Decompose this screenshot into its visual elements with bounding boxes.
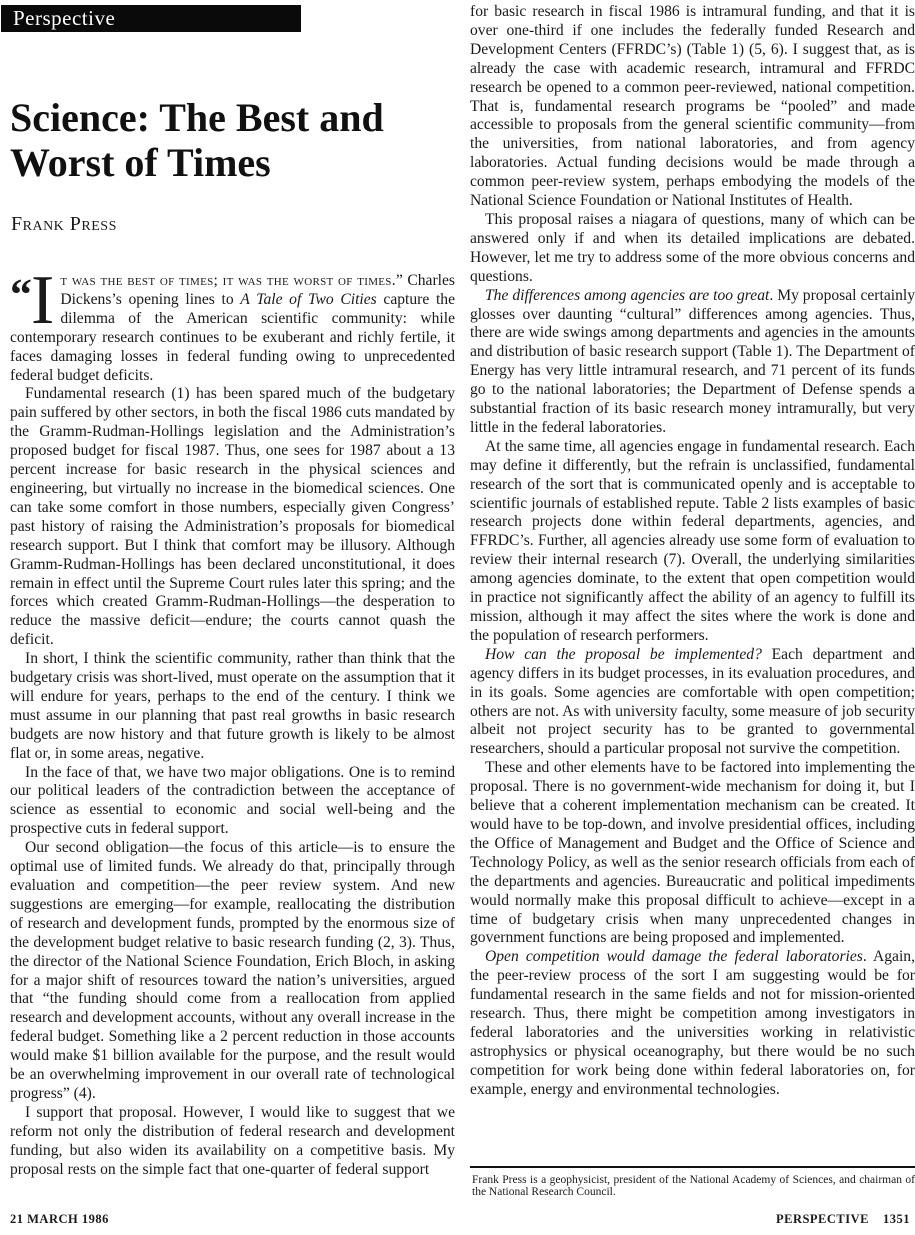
paragraph-text: . My proposal certainly glosses over dau… <box>470 287 915 436</box>
runin-heading: The differences among agencies are too g… <box>485 287 769 304</box>
paragraph: This proposal raises a niagara of questi… <box>470 211 915 287</box>
paragraph: The differences among agencies are too g… <box>470 287 915 438</box>
paragraph-text: At the same time, all agencies engage in… <box>470 438 915 644</box>
paragraph: In short, I think the scientific communi… <box>10 650 455 763</box>
paragraph: How can the proposal be implemented? Eac… <box>470 646 915 759</box>
runin-heading: Open competition would damage the federa… <box>485 948 863 965</box>
paragraph-text: This proposal raises a niagara of questi… <box>470 211 915 285</box>
footer-date: 21 MARCH 1986 <box>10 1212 109 1227</box>
paragraph-text: . Again, the peer-review process of the … <box>470 948 915 1097</box>
footer-section-label: PERSPECTIVE <box>776 1212 869 1226</box>
section-banner: Perspective <box>1 5 301 32</box>
book-title: A Tale of Two Cities <box>240 291 376 308</box>
runin-heading: How can the proposal be implemented? <box>485 646 762 663</box>
open-quote-mark: “ <box>10 275 29 315</box>
paragraph: Open competition would damage the federa… <box>470 948 915 1099</box>
author-byline: Frank Press <box>11 213 117 236</box>
paragraph: Fundamental research (1) has been spared… <box>10 385 455 650</box>
paragraph: In the face of that, we have two major o… <box>10 764 455 840</box>
footer-section: PERSPECTIVE1351 <box>776 1212 910 1227</box>
lead-paragraph: “It was the best of times; it was the wo… <box>10 272 455 385</box>
paragraph: At the same time, all agencies engage in… <box>470 438 915 646</box>
paragraph: I support that proposal. However, I woul… <box>10 1104 455 1180</box>
right-column: for basic research in fiscal 1986 is int… <box>470 3 915 1100</box>
continued-paragraph: for basic research in fiscal 1986 is int… <box>470 3 915 211</box>
left-column: “It was the best of times; it was the wo… <box>10 272 455 1180</box>
article-title: Science: The Best and Worst of Times <box>10 95 450 185</box>
footnote-divider <box>470 1166 915 1168</box>
paragraph: These and other elements have to be fact… <box>470 759 915 948</box>
author-bio: Frank Press is a geophysicist, president… <box>472 1174 915 1198</box>
lead-smallcaps: t was the best of times; it was the wors… <box>60 272 403 289</box>
page-number: 1351 <box>883 1212 910 1226</box>
drop-cap: I <box>31 274 54 328</box>
paragraph: Our second obligation—the focus of this … <box>10 839 455 1104</box>
paragraph-text: These and other elements have to be fact… <box>470 759 915 946</box>
